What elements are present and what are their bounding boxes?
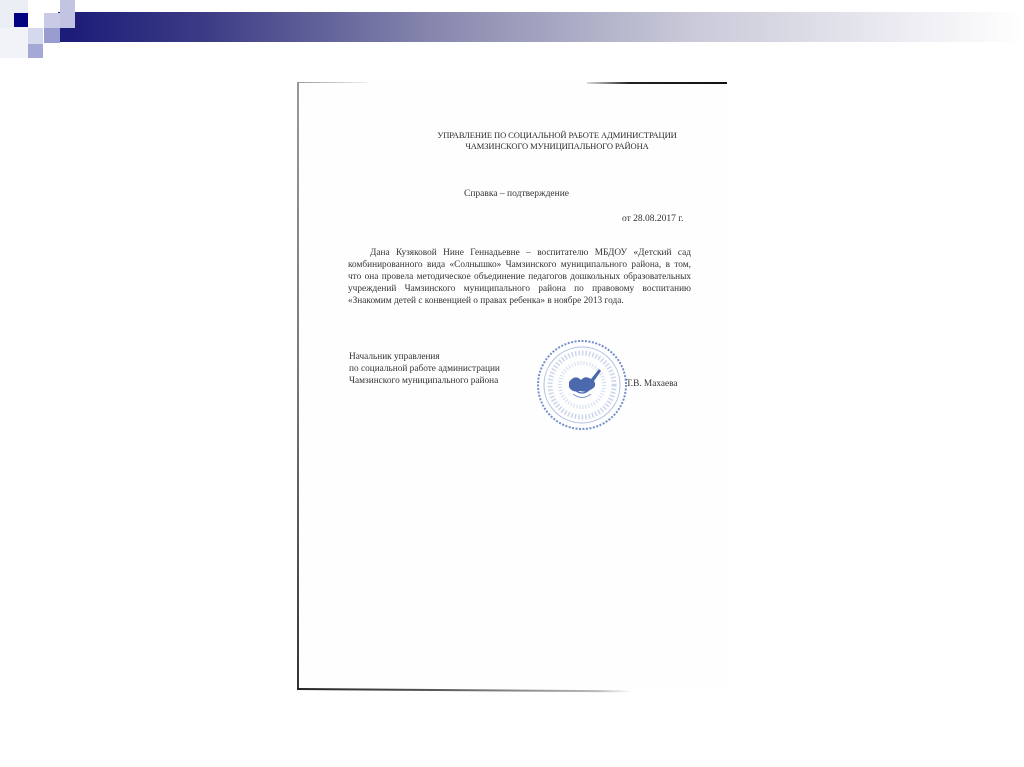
position-line: по социальной работе администрации [349,363,500,375]
header-gradient-bar [58,12,1024,42]
document-title: Справка – подтверждение [464,189,569,199]
scan-edge [297,688,632,692]
organization-line: ЧАМЗИНСКОГО МУНИЦИПАЛЬНОГО РАЙОНА [387,141,727,152]
decor-square [28,44,43,58]
scan-edge [297,82,367,83]
scanned-document: УПРАВЛЕНИЕ ПО СОЦИАЛЬНОЙ РАБОТЕ АДМИНИСТ… [297,82,727,690]
position-line: Чамзинского муниципального района [349,375,500,387]
signer-name: Т.В. Махаева [626,379,678,389]
decor-square [0,28,28,58]
scan-edge [297,82,299,690]
organization-header: УПРАВЛЕНИЕ ПО СОЦИАЛЬНОЙ РАБОТЕ АДМИНИСТ… [297,130,727,152]
signature-position: Начальник управления по социальной работ… [349,351,500,387]
decor-square-dark [14,13,28,27]
decor-square [44,28,60,43]
official-seal-icon [535,338,629,432]
document-date: от 28.08.2017 г. [622,214,683,224]
decor-square [60,0,75,28]
organization-line: УПРАВЛЕНИЕ ПО СОЦИАЛЬНОЙ РАБОТЕ АДМИНИСТ… [387,130,727,141]
decor-square [28,28,43,44]
document-body: Дана Кузяковой Нине Геннадьевне – воспит… [348,247,691,307]
decor-square [44,13,60,29]
scan-edge [587,82,727,84]
position-line: Начальник управления [349,351,500,363]
